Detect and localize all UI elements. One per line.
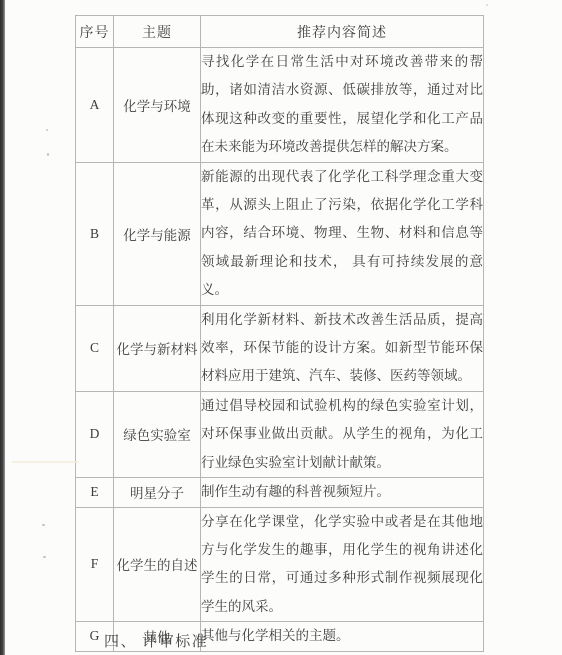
row-topic: 化学与新材料	[114, 305, 201, 391]
scan-speck	[43, 556, 46, 558]
row-id: D	[76, 391, 114, 477]
column-header-number: 序号	[76, 16, 114, 48]
column-header-description: 推荐内容简述	[201, 16, 484, 48]
row-description: 其他与化学相关的主题。	[201, 622, 484, 651]
scanned-document-page: 序号 主题 推荐内容简述 A 化学与环境 寻找化学在日常生活中对环境改善带来的帮…	[0, 0, 562, 655]
table-header-row: 序号 主题 推荐内容简述	[76, 16, 484, 48]
row-topic: 化学与环境	[114, 48, 201, 163]
table-row: E 明星分子 制作生动有趣的科普视频短片。	[76, 478, 484, 507]
table-row: F 化学生的自述 分享在化学课堂，化学实验中或者是在其他地方与化学发生的趣事，用…	[76, 507, 484, 622]
scan-artifact-line	[12, 461, 78, 463]
row-description: 制作生动有趣的科普视频短片。	[201, 478, 484, 507]
column-header-topic: 主题	[114, 16, 201, 48]
row-description: 新能源的出现代表了化学化工科学理念重大变革，从源头上阻止了污染，依据化学化工学科…	[201, 162, 484, 305]
row-topic: 化学与能源	[114, 162, 201, 305]
scan-speck	[46, 129, 48, 131]
topics-table: 序号 主题 推荐内容简述 A 化学与环境 寻找化学在日常生活中对环境改善带来的帮…	[75, 15, 484, 652]
table-row: B 化学与能源 新能源的出现代表了化学化工科学理念重大变革，从源头上阻止了污染，…	[76, 162, 484, 305]
scan-speck	[42, 524, 45, 526]
table-row: C 化学与新材料 利用化学新材料、新技术改善生活品质，提高效率，环保节能的设计方…	[76, 305, 484, 391]
row-topic: 明星分子	[114, 478, 201, 507]
row-description: 分享在化学课堂，化学实验中或者是在其他地方与化学发生的趣事，用化学生的视角讲述化…	[201, 507, 484, 622]
row-id: C	[76, 305, 114, 391]
table-row: A 化学与环境 寻找化学在日常生活中对环境改善带来的帮助，诸如清洁水资源、低碳排…	[76, 48, 484, 163]
row-description: 通过倡导校园和试验机构的绿色实验室计划，对环保事业做出贡献。从学生的视角，为化工…	[201, 391, 484, 477]
scan-speck	[486, 4, 488, 6]
row-description: 利用化学新材料、新技术改善生活品质，提高效率，环保节能的设计方案。如新型节能环保…	[201, 305, 484, 391]
row-topic: 化学生的自述	[114, 507, 201, 622]
scan-speck	[47, 153, 49, 156]
table-row: D 绿色实验室 通过倡导校园和试验机构的绿色实验室计划，对环保事业做出贡献。从学…	[76, 391, 484, 477]
row-id: A	[76, 48, 114, 163]
row-id: E	[76, 478, 114, 507]
row-description: 寻找化学在日常生活中对环境改善带来的帮助，诸如清洁水资源、低碳排放等，通过对比体…	[201, 48, 484, 163]
row-id: B	[76, 162, 114, 305]
scan-edge-strip	[0, 0, 5, 655]
row-topic: 绿色实验室	[114, 391, 201, 477]
row-id: F	[76, 507, 114, 622]
section-heading: 四、 评审标准	[104, 630, 208, 651]
